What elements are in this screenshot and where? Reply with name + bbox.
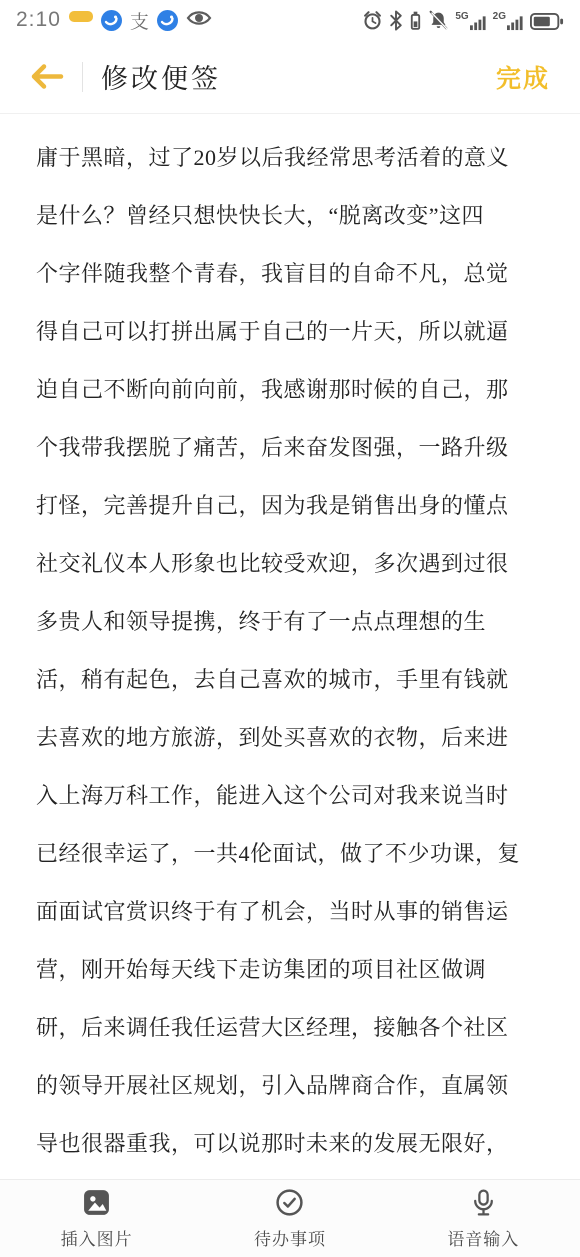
bottom-toolbar: 插入图片 待办事项 语音输入 (0, 1179, 580, 1257)
done-button[interactable]: 完成 (496, 59, 550, 95)
status-bar-left: 2:10 支 (16, 7, 212, 34)
note-edit-area[interactable]: 庸于黑暗，过了20岁以后我经常思考活着的意义 是什么？曾经只想快快长大，“脱离改… (0, 115, 580, 1180)
status-bar: 2:10 支 (0, 0, 580, 40)
browser-icon (101, 10, 122, 31)
battery-icon (530, 12, 564, 31)
todo-check-icon (275, 1188, 304, 1222)
eye-protection-icon (186, 8, 212, 33)
device-battery-icon (409, 10, 422, 31)
page-title: 修改便签 (101, 57, 221, 96)
microphone-icon (469, 1188, 498, 1222)
todo-button[interactable]: 待办事项 (193, 1180, 386, 1257)
back-arrow-icon (30, 63, 64, 90)
insert-image-button[interactable]: 插入图片 (0, 1180, 193, 1257)
alipay-icon: 支 (130, 7, 149, 34)
voice-input-label: 语音输入 (447, 1225, 519, 1250)
header: 修改便签 完成 (0, 40, 580, 114)
bluetooth-icon (389, 10, 403, 31)
alarm-clock-icon (362, 10, 383, 31)
note-editor-screen: 2:10 支 (0, 0, 580, 1257)
sim2-network-label: 2G (493, 11, 506, 22)
sim2-signal-icon: 2G (493, 14, 524, 31)
todo-label: 待办事项 (254, 1225, 326, 1250)
clock-time: 2:10 (16, 8, 61, 32)
insert-image-label: 插入图片 (61, 1225, 133, 1250)
note-text[interactable]: 庸于黑暗，过了20岁以后我经常思考活着的意义 是什么？曾经只想快快长大，“脱离改… (36, 129, 544, 1173)
status-bar-right: 5G 2G (362, 10, 564, 31)
muted-bell-icon (428, 10, 449, 31)
sim1-network-label: 5G (455, 11, 468, 22)
insert-image-icon (82, 1188, 111, 1222)
header-divider (82, 62, 83, 92)
back-button[interactable] (30, 63, 64, 90)
voice-input-button[interactable]: 语音输入 (387, 1180, 580, 1257)
notification-pill-icon (69, 11, 93, 22)
sim1-signal-icon: 5G (455, 14, 486, 31)
browser-icon (157, 10, 178, 31)
